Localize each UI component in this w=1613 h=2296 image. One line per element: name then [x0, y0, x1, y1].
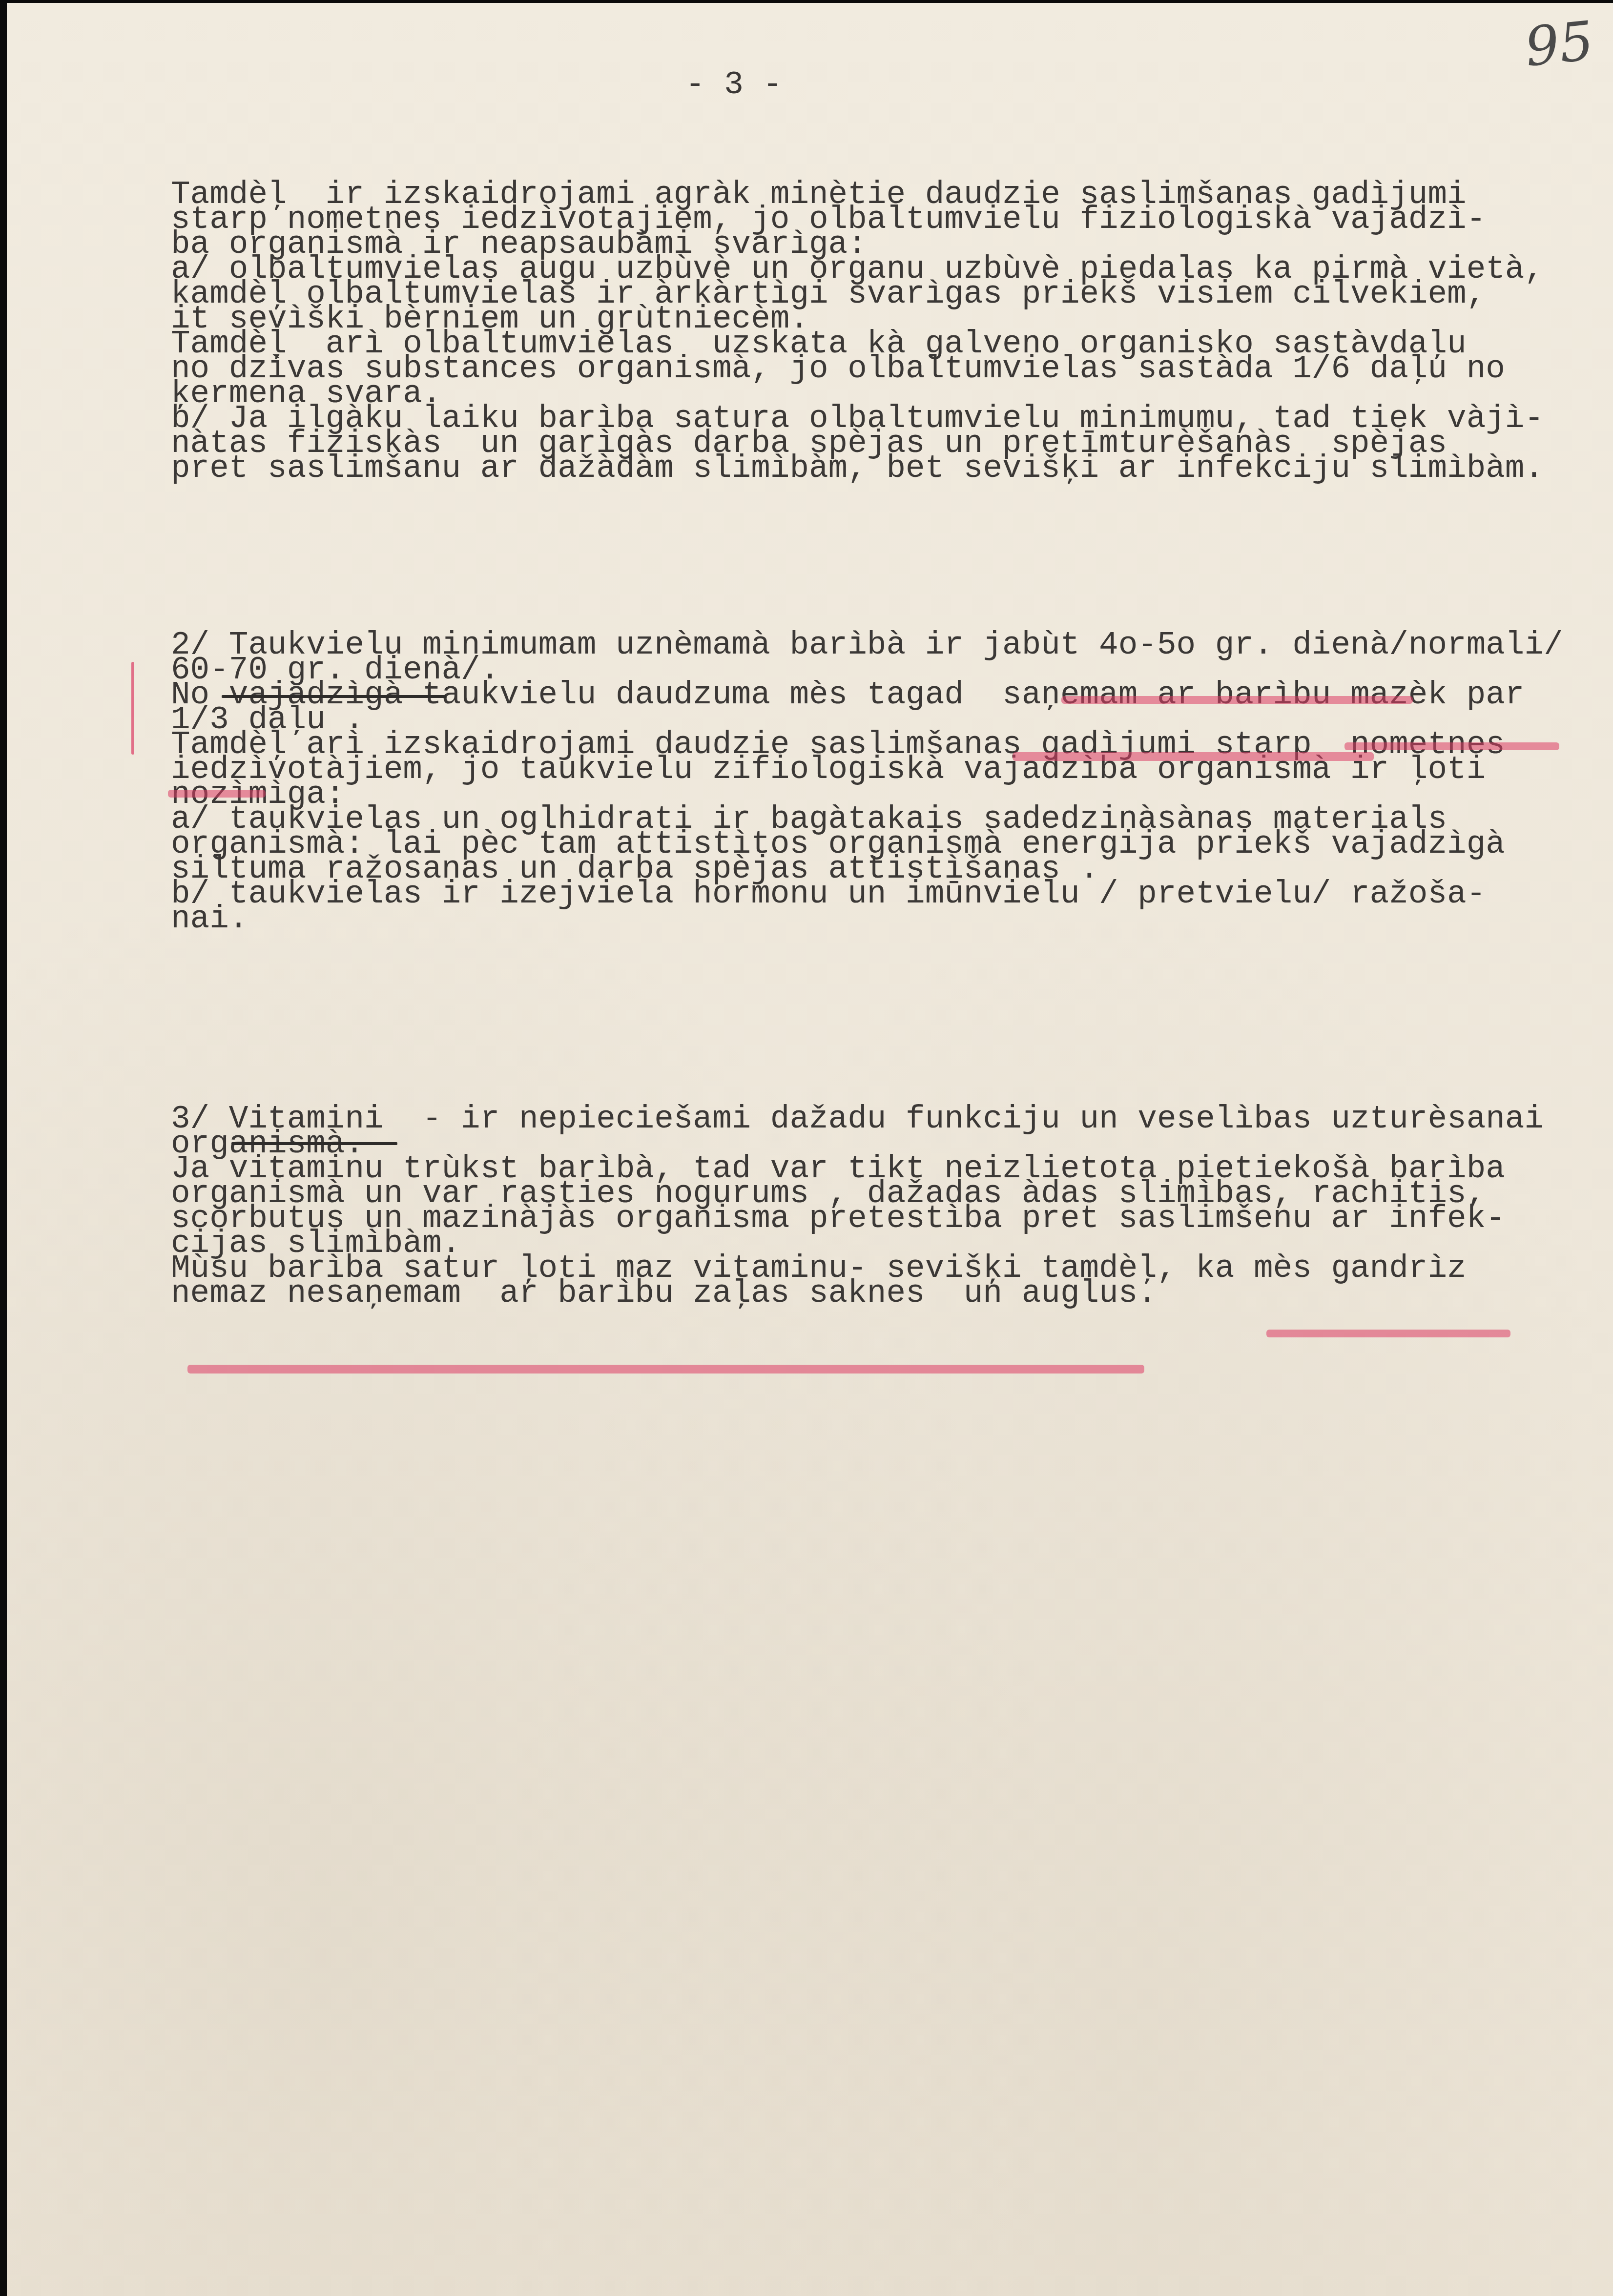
- text-line: nai.: [171, 903, 248, 935]
- text-line: b/ taukvielas ir izejviela hormonu un im…: [171, 878, 1486, 910]
- text-line: 3/ Vitamini - ir nepieciešami dažadu fun…: [171, 1103, 1544, 1135]
- handwritten-folio-number: 95: [1522, 9, 1597, 79]
- text-line: nemaz nesaņemam ar barìbu zaļas saknes u…: [171, 1277, 1157, 1310]
- page-number: - 3 -: [685, 66, 782, 103]
- red-pencil-underline: [168, 790, 266, 798]
- document-page: - 3 - 95 Tamdèļ ir izskaidrojami agràk m…: [7, 3, 1613, 2296]
- red-pencil-underline: [187, 1365, 1144, 1373]
- red-pencil-underline: [1344, 742, 1559, 750]
- typed-underline: [231, 1142, 397, 1145]
- text-line: pret saslimšanu ar dažàdàm slimìbàm, bet…: [171, 452, 1544, 485]
- red-margin-mark: [131, 662, 134, 755]
- red-pencil-underline: [1013, 752, 1374, 761]
- red-pencil-underline: [1061, 696, 1413, 704]
- red-pencil-underline: [1266, 1330, 1510, 1337]
- typed-underline: [222, 695, 446, 698]
